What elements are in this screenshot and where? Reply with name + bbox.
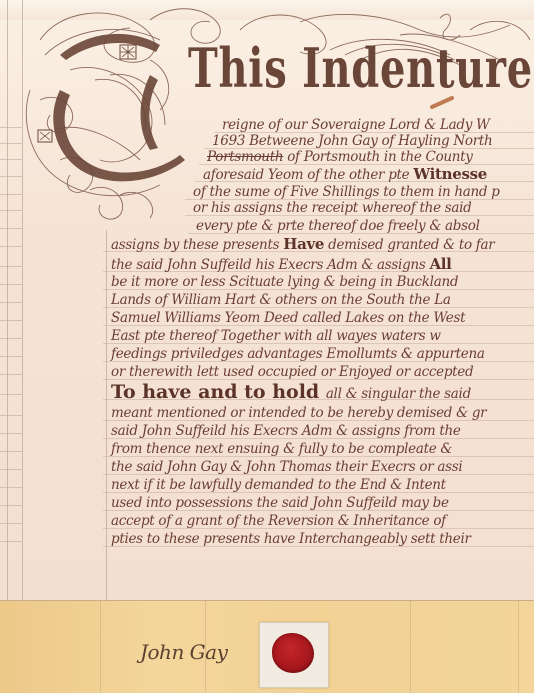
emphasized-word: All (429, 255, 451, 273)
text-line: next if it be lawfully demanded to the E… (111, 477, 446, 493)
margin-tick (0, 487, 22, 488)
margin-tick (0, 451, 22, 452)
emphasized-word: Have (283, 235, 324, 253)
fold-crease (410, 601, 411, 693)
margin-tick (0, 356, 22, 357)
heading-to-have-and-to-hold: To have and to hold (111, 381, 326, 403)
text-line: of the sume of Five Shillings to them in… (193, 184, 500, 200)
margin-tick (0, 541, 22, 542)
document-title: This Indenture (188, 38, 444, 98)
margin-tick (0, 523, 22, 524)
margin-tick (0, 284, 22, 285)
text-line: feedings priviledges advantages Emollumt… (111, 346, 485, 362)
text-line: reigne of our Soveraigne Lord & Lady W (222, 117, 490, 133)
text-line: aforesaid Yeom of the other pte Witnesse (203, 166, 487, 183)
text-line: accept of a grant of the Reversion & Inh… (111, 513, 446, 529)
text-line: assigns by these presents Have demised g… (111, 236, 494, 253)
text-line: used into possessions the said John Suff… (111, 495, 449, 511)
margin-tick (0, 505, 22, 506)
emphasized-word: Witnesse (413, 165, 487, 183)
red-wax-seal-icon (272, 633, 314, 673)
margin-tick (0, 469, 22, 470)
margin-tick (0, 246, 22, 247)
margin-tick (0, 302, 22, 303)
margin-tick (0, 415, 22, 416)
margin-tick (0, 320, 22, 321)
indenture-parchment: This Indenture reigne of our Soveraigne … (0, 0, 534, 600)
text-line: meant mentioned or intended to be hereby… (111, 405, 486, 421)
text-line: Lands of William Hart & others on the So… (111, 292, 451, 308)
text-line: Portsmouth of Portsmouth in the County (207, 149, 473, 165)
text-line: or his assigns the receipt whereof the s… (193, 200, 471, 216)
text-line: 1693 Betweene John Gay of Hayling North (212, 133, 492, 149)
margin-tick (0, 374, 22, 375)
margin-rule (106, 230, 107, 600)
margin-tick (0, 394, 22, 395)
text-line: the said John Suffeild his Execrs Adm & … (111, 256, 452, 273)
text-line: from thence next ensuing & fully to be c… (111, 441, 452, 457)
margin-tick (0, 266, 22, 267)
text-line: every pte & prte thereof doe freely & ab… (196, 218, 480, 234)
text-line: or therewith lett used occupied or Enjoy… (111, 364, 473, 380)
margin-tick (0, 338, 22, 339)
text-line: East pte thereof Together with all wayes… (111, 328, 441, 344)
text-line: To have and to hold all & singular the s… (111, 384, 471, 402)
text-line: the said John Gay & John Thomas their Ex… (111, 459, 462, 475)
margin-tick (0, 433, 22, 434)
signature-john-gay: John Gay (140, 640, 227, 664)
text-line: said John Suffeild his Execrs Adm & assi… (111, 423, 461, 439)
fold-crease (100, 601, 101, 693)
text-line: Samuel Williams Yeom Deed called Lakes o… (111, 310, 465, 326)
text-line: be it more or less Scituate lying & bein… (111, 274, 458, 290)
fold-crease (518, 601, 519, 693)
text-line: pties to these presents have Interchange… (111, 531, 471, 547)
